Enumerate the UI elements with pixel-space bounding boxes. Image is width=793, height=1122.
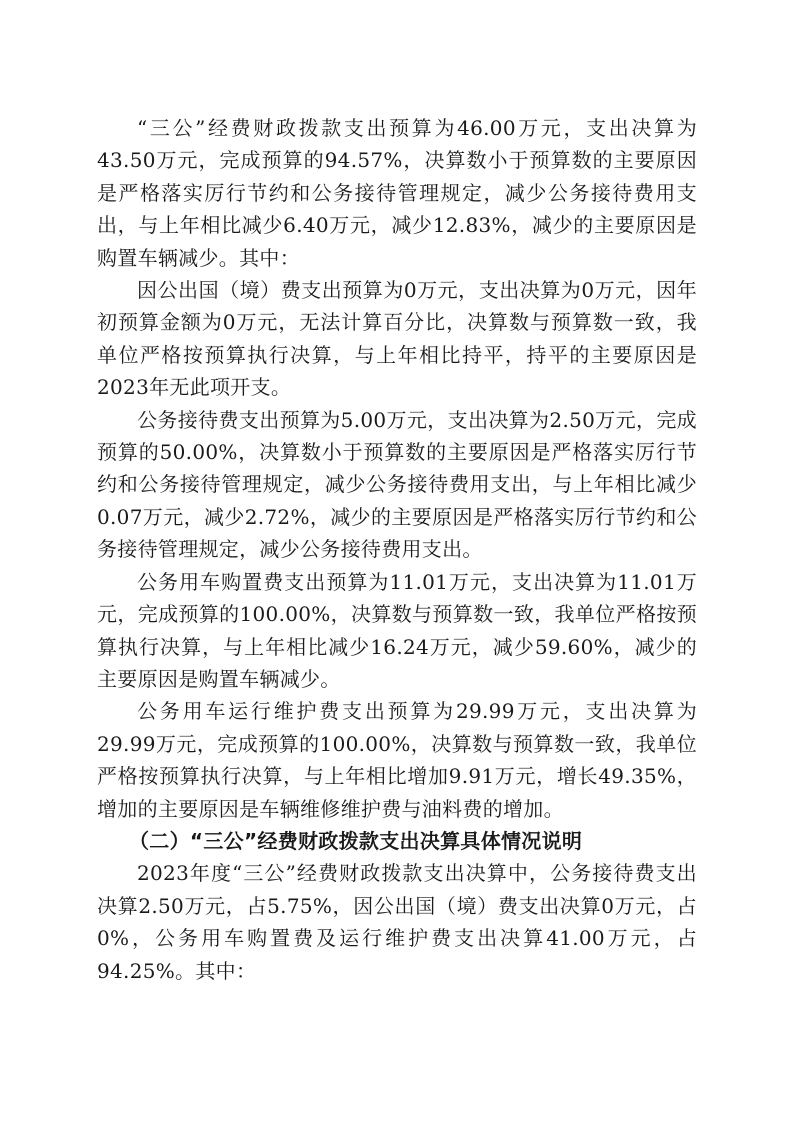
document-page: “三公”经费财政拨款支出预算为46.00万元，支出决算为43.50万元，完成预算… — [97, 112, 697, 987]
paragraph-breakdown: 2023年度“三公”经费财政拨款支出决算中，公务接待费支出决算2.50万元，占5… — [97, 857, 697, 987]
paragraph-vehicle-purchase: 公务用车购置费支出预算为11.01万元，支出决算为11.01万元，完成预算的10… — [97, 566, 697, 696]
paragraph-vehicle-operation: 公务用车运行维护费支出预算为29.99万元，支出决算为29.99万元，完成预算的… — [97, 695, 697, 825]
paragraph-overseas-travel: 因公出国（境）费支出预算为0万元，支出决算为0万元，因年初预算金额为0万元，无法… — [97, 274, 697, 404]
section-heading: （二）“三公”经费财政拨款支出决算具体情况说明 — [97, 825, 697, 857]
paragraph-summary: “三公”经费财政拨款支出预算为46.00万元，支出决算为43.50万元，完成预算… — [97, 112, 697, 274]
paragraph-reception: 公务接待费支出预算为5.00万元，支出决算为2.50万元，完成预算的50.00%… — [97, 404, 697, 566]
